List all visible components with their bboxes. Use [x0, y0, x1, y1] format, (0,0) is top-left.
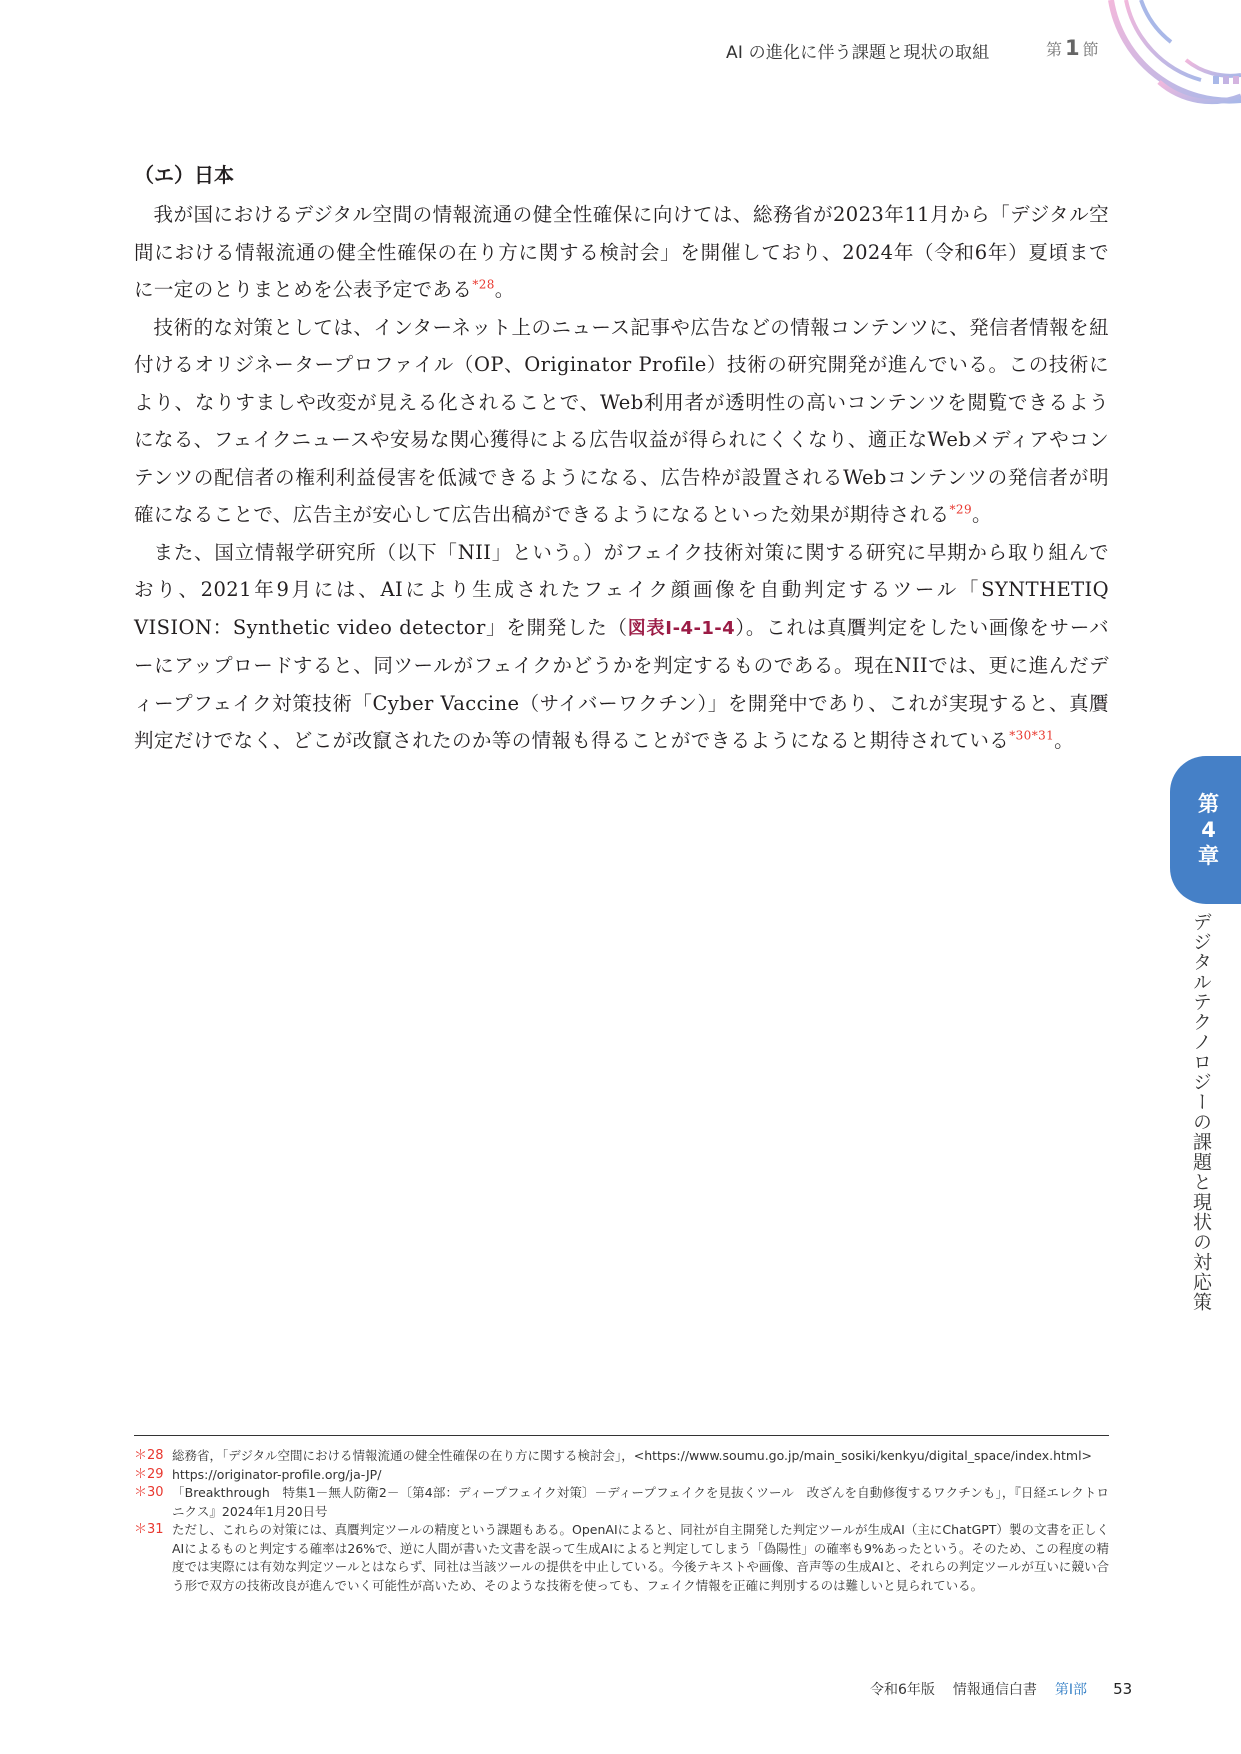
paragraph-end: 。 [1054, 729, 1074, 752]
footnote-30: ＊30「Breakthrough 特集1－無人防衛2－〔第4部：ディープフェイク… [134, 1484, 1109, 1521]
footnote-31: ＊31ただし、これらの対策には、真贋判定ツールの精度という課題もある。OpenA… [134, 1521, 1109, 1595]
footnote-mark: ＊30 [134, 1484, 172, 1521]
footer-part: 第Ⅰ部 [1055, 1679, 1087, 1699]
section-heading: （エ）日本 [134, 160, 1109, 190]
paragraph-text: 我が国におけるデジタル空間の情報流通の健全性確保に向けては、総務省が2023年1… [134, 203, 1109, 301]
chapter-tab-line1: 第 [1198, 791, 1219, 817]
footnote-29: ＊29https://originator-profile.org/ja-JP/ [134, 1466, 1109, 1485]
paragraph-end: 。 [495, 278, 515, 301]
paragraph-text: 技術的な対策としては、インターネット上のニュース記事や広告などの情報コンテンツに… [134, 316, 1109, 527]
footnote-mark: ＊28 [134, 1447, 172, 1466]
footnote-link[interactable]: https://originator-profile.org/ja-JP/ [172, 1466, 1109, 1485]
paragraph-end: 。 [972, 503, 992, 526]
header-title: AI の進化に伴う課題と現状の取組 [726, 38, 989, 63]
footnote-text: 総務省，「デジタル空間における情報流通の健全性確保の在り方に関する検討会」，<h… [172, 1447, 1109, 1466]
decorative-arc-icon [1091, 0, 1241, 110]
footnote-text: 「Breakthrough 特集1－無人防衛2－〔第4部：ディープフェイク対策〕… [172, 1484, 1109, 1521]
footer-edition: 令和6年版 [870, 1679, 935, 1699]
main-content: （エ）日本 我が国におけるデジタル空間の情報流通の健全性確保に向けては、総務省が… [134, 160, 1109, 760]
section-number: 1 [1065, 36, 1080, 60]
paragraph-3: また、国立情報学研究所（以下「NII」という。）がフェイク技術対策に関する研究に… [134, 534, 1109, 760]
chapter-title-vertical: デジタルテクノロジーの課題と現状の対応策 [1186, 912, 1216, 1312]
figure-reference-link[interactable]: 図表Ⅰ-4-1-4 [628, 618, 735, 639]
footnote-mark: ＊29 [134, 1466, 172, 1485]
chapter-tab-number: 4 [1201, 817, 1216, 843]
footnote-ref-28[interactable]: *28 [472, 278, 494, 292]
running-header: AI の進化に伴う課題と現状の取組 第1節 [0, 36, 1241, 66]
footnote-ref-30-31[interactable]: *30*31 [1009, 729, 1054, 743]
footnote-divider [134, 1435, 1109, 1436]
page-number: 53 [1113, 1680, 1132, 1698]
footer-book-title: 情報通信白書 [953, 1679, 1037, 1699]
footnote-ref-29[interactable]: *29 [950, 503, 972, 517]
footnote-mark: ＊31 [134, 1521, 172, 1595]
chapter-tab-line3: 章 [1198, 843, 1219, 869]
footnotes: ＊28総務省，「デジタル空間における情報流通の健全性確保の在り方に関する検討会」… [134, 1447, 1109, 1595]
chapter-tab[interactable]: 第 4 章 [1170, 756, 1241, 904]
footnote-28: ＊28総務省，「デジタル空間における情報流通の健全性確保の在り方に関する検討会」… [134, 1447, 1109, 1466]
paragraph-2: 技術的な対策としては、インターネット上のニュース記事や広告などの情報コンテンツに… [134, 309, 1109, 534]
section-prefix: 第 [1046, 40, 1062, 59]
footnote-text: ただし、これらの対策には、真贋判定ツールの精度という課題もある。OpenAIによ… [172, 1521, 1109, 1595]
paragraph-1: 我が国におけるデジタル空間の情報流通の健全性確保に向けては、総務省が2023年1… [134, 196, 1109, 309]
page-footer: 令和6年版 情報通信白書 第Ⅰ部 53 [870, 1679, 1132, 1699]
